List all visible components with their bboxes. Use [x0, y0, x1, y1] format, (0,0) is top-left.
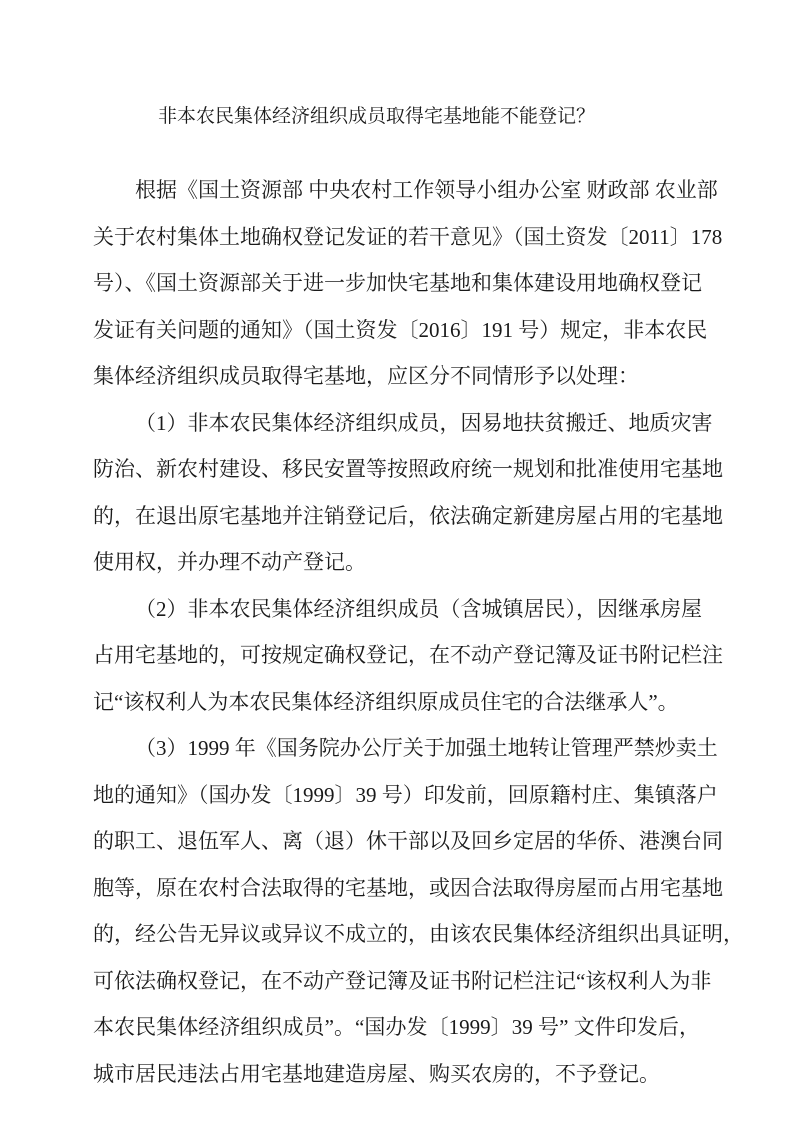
text-line: （2）非本农民集体经济组织成员（含城镇居民），因继承房屋 — [93, 586, 700, 633]
text-line: 集体经济组织成员取得宅基地，应区分不同情形予以处理： — [93, 353, 700, 400]
text-line: 关于农村集体土地确权登记发证的若干意见》（国土资发〔2011〕178 — [93, 214, 700, 261]
text-line: 的，经公告无异议或异议不成立的，由该农民集体经济组织出具证明， — [93, 911, 700, 958]
text-line: 发证有关问题的通知》（国土资发〔2016〕191 号）规定，非本农民 — [93, 307, 700, 354]
text-line: 使用权，并办理不动产登记。 — [93, 539, 700, 586]
document-title: 非本农民集体经济组织成员取得宅基地能不能登记？ — [93, 94, 700, 140]
text-line: 号）、《国土资源部关于进一步加快宅基地和集体建设用地确权登记 — [93, 260, 700, 307]
text-line: 胞等，原在农村合法取得的宅基地，或因合法取得房屋而占用宅基地 — [93, 865, 700, 912]
text-line: 防治、新农村建设、移民安置等按照政府统一规划和批准使用宅基地 — [93, 446, 700, 493]
text-line: 可依法确权登记，在不动产登记簿及证书附记栏注记“该权利人为非 — [93, 958, 700, 1005]
text-line: 本农民集体经济组织成员”。“国办发〔1999〕39 号” 文件印发后， — [93, 1004, 700, 1051]
document-page: 非本农民集体经济组织成员取得宅基地能不能登记？ 根据《国土资源部 中央农村工作领… — [0, 0, 793, 1122]
text-line: （1）非本农民集体经济组织成员，因易地扶贫搬迁、地质灾害 — [93, 400, 700, 447]
document-body: 根据《国土资源部 中央农村工作领导小组办公室 财政部 农业部关于农村集体土地确权… — [93, 167, 700, 1097]
text-line: 的，在退出原宅基地并注销登记后，依法确定新建房屋占用的宅基地 — [93, 493, 700, 540]
text-line: （3）1999 年《国务院办公厅关于加强土地转让管理严禁炒卖土 — [93, 725, 700, 772]
text-line: 地的通知》（国办发〔1999〕39 号）印发前，回原籍村庄、集镇落户 — [93, 772, 700, 819]
text-line: 根据《国土资源部 中央农村工作领导小组办公室 财政部 农业部 — [93, 167, 700, 214]
text-line: 的职工、退伍军人、离（退）休干部以及回乡定居的华侨、港澳台同 — [93, 818, 700, 865]
text-line: 城市居民违法占用宅基地建造房屋、购买农房的，不予登记。 — [93, 1051, 700, 1098]
text-line: 占用宅基地的，可按规定确权登记，在不动产登记簿及证书附记栏注 — [93, 632, 700, 679]
text-line: 记“该权利人为本农民集体经济组织原成员住宅的合法继承人”。 — [93, 679, 700, 726]
